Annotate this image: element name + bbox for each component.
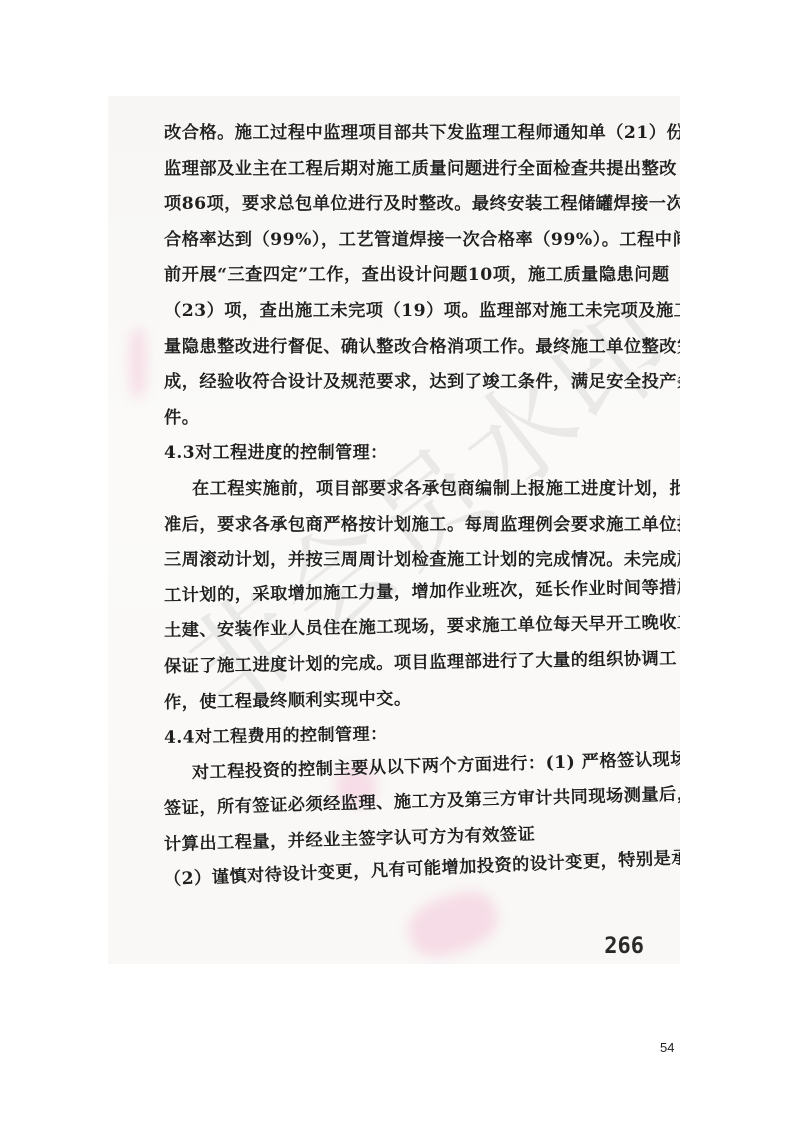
text-line: 监理部及业主在工程后期对施工质量问题进行全面检查共提出整改 <box>164 152 614 188</box>
text-line: 件。 <box>164 401 614 437</box>
text-line: 量隐患整改进行督促、确认整改合格消项工作。最终施工单位整改完 <box>164 330 614 366</box>
text-line: 成，经验收符合设计及规范要求，达到了竣工条件，满足安全投产条 <box>164 365 614 401</box>
pink-stain <box>130 328 146 398</box>
book-page-number: 266 <box>604 934 644 959</box>
section-heading: 4.3对工程进度的控制管理： <box>164 436 614 472</box>
text-line: 合格率达到（99%），工艺管道焊接一次合格率（99%）。工程中间交接 <box>164 223 614 259</box>
body-text: 改合格。施工过程中监理项目部共下发监理工程师通知单（21）份。 监理部及业主在工… <box>164 116 614 899</box>
text-line: 在工程实施前，项目部要求各承包商编制上报施工进度计划，批 <box>164 472 614 508</box>
text-line: （23）项，查出施工未完项（19）项。监理部对施工未完项及施工质 <box>164 294 614 330</box>
section-4-2-tail: 改合格。施工过程中监理项目部共下发监理工程师通知单（21）份。 监理部及业主在工… <box>164 116 614 436</box>
text-line: 前开展“三查四定”工作，查出设计问题10项，施工质量隐患问题 <box>164 258 614 294</box>
section-4-4: 4.4对工程费用的控制管理： 对工程投资的控制主要从以下两个方面进行：(1) 严… <box>164 721 614 899</box>
section-4-3: 4.3对工程进度的控制管理： 在工程实施前，项目部要求各承包商编制上报施工进度计… <box>164 436 614 721</box>
text-line: 项86项，要求总包单位进行及时整改。最终安装工程储罐焊接一次 <box>164 187 614 223</box>
text-line: 改合格。施工过程中监理项目部共下发监理工程师通知单（21）份。 <box>164 116 614 152</box>
scanned-page-photo: 非会员水印 改合格。施工过程中监理项目部共下发监理工程师通知单（21）份。 监理… <box>108 96 680 964</box>
page-number: 54 <box>660 1040 674 1055</box>
text-line: 准后，要求各承包商严格按计划施工。每周监理例会要求施工单位报 <box>164 508 614 544</box>
